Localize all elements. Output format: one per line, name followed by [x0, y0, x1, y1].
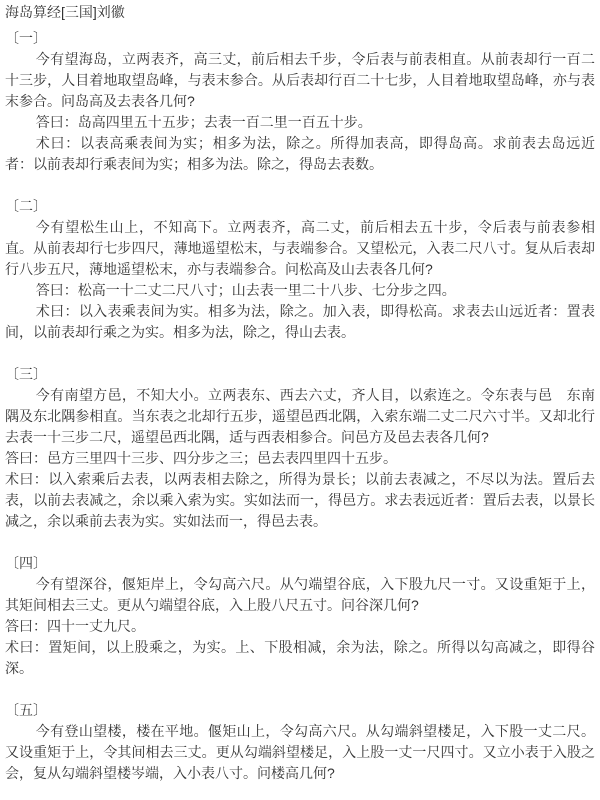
paragraph: 术曰：置矩间，以上股乘之，为实。上、下股相减，余为法，除之。所得以勾高减之，即得…	[5, 637, 595, 679]
paragraph: 术曰：以表高乘表间为实；相多为法，除之。所得加表高，即得岛高。求前表去岛远近者：…	[5, 133, 595, 175]
problem-section: 〔二〕今有望松生山上，不知高下。立两表齐，高二丈，前后相去五十步，令后表与前表参…	[5, 196, 595, 343]
paragraph: 今有望松生山上，不知高下。立两表齐，高二丈，前后相去五十步，令后表与前表参相直。…	[5, 217, 595, 280]
paragraph: 术曰：以入表乘表间为实。相多为法，除之。加入表，即得松高。求表去山远近者：置表间…	[5, 301, 595, 343]
problem-section: 〔五〕今有登山望楼，楼在平地。偃矩山上，令勾高六尺。从勾端斜望楼足，入下股一丈二…	[5, 700, 595, 784]
section-heading: 〔五〕	[5, 700, 595, 721]
document-title: 海岛算经[三国]刘徽	[5, 2, 595, 23]
document-body: 〔一〕今有望海岛，立两表齐，高三丈，前后相去千步，令后表与前表相直。从前表却行一…	[5, 28, 595, 784]
problem-section: 〔三〕今有南望方邑，不知大小。立两表东、西去六丈，齐人目，以索连之。令东表与邑 …	[5, 364, 595, 532]
paragraph: 答曰：岛高四里五十五步；去表一百二里一百五十步。	[5, 112, 595, 133]
paragraph: 术曰：以入索乘后去表，以两表相去除之，所得为景长；以前去表减之，不尽以为法。置后…	[5, 469, 595, 532]
section-heading: 〔二〕	[5, 196, 595, 217]
paragraph: 今有望海岛，立两表齐，高三丈，前后相去千步，令后表与前表相直。从前表却行一百二十…	[5, 49, 595, 112]
document: 海岛算经[三国]刘徽 〔一〕今有望海岛，立两表齐，高三丈，前后相去千步，令后表与…	[0, 0, 600, 784]
paragraph: 答曰：松高一十二丈二尺八寸；山去表一里二十八步、七分步之四。	[5, 280, 595, 301]
section-heading: 〔一〕	[5, 28, 595, 49]
paragraph: 今有登山望楼，楼在平地。偃矩山上，令勾高六尺。从勾端斜望楼足，入下股一丈二尺。又…	[5, 721, 595, 784]
paragraph: 答曰：邑方三里四十三步、四分步之三；邑去表四里四十五步。	[5, 448, 595, 469]
document-page: { "page": { "title": "海岛算经[三国]刘徽" }, "co…	[0, 0, 600, 800]
section-heading: 〔三〕	[5, 364, 595, 385]
problem-section: 〔一〕今有望海岛，立两表齐，高三丈，前后相去千步，令后表与前表相直。从前表却行一…	[5, 28, 595, 175]
paragraph: 答曰：四十一丈九尺。	[5, 616, 595, 637]
paragraph: 今有南望方邑，不知大小。立两表东、西去六丈，齐人目，以索连之。令东表与邑 东南隅…	[5, 385, 595, 448]
section-heading: 〔四〕	[5, 553, 595, 574]
problem-section: 〔四〕今有望深谷，偃矩岸上，令勾高六尺。从勺端望谷底，入下股九尺一寸。又设重矩于…	[5, 553, 595, 679]
paragraph: 今有望深谷，偃矩岸上，令勾高六尺。从勺端望谷底，入下股九尺一寸。又设重矩于上，其…	[5, 574, 595, 616]
